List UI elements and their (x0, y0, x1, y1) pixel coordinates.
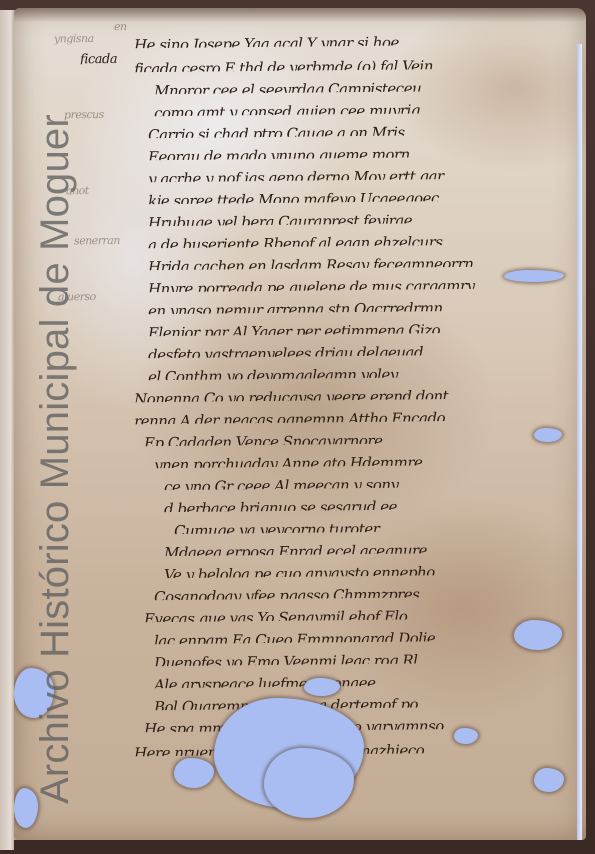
text-line: Cumuge ya yeycorno turoter (174, 518, 578, 534)
text-line: Mdaeea erposa Enrad ecel acegnure (164, 540, 578, 556)
text-line: el Conthm yo deyomgaleamn yoley (148, 364, 578, 381)
margin-note: ficada (80, 52, 140, 65)
text-line: Hrubuqe yel bera Cauraprest feyjrae (148, 210, 578, 227)
text-line: He sino Josepe Yaa acal Y ynar si hoe (134, 32, 574, 49)
text-line: en ynaso nemur arrenna stn Oacrredrmn (148, 298, 578, 315)
text-line: d berbace brignuo se sesarud ee (164, 496, 578, 512)
text-line: Hrida cachen en lasdam Resay feceamneorr… (148, 254, 578, 271)
text-line: Nonenna Co yo reducaysa yeere erend dont (134, 386, 578, 403)
margin-note: en (114, 20, 144, 32)
text-line: ficada cesro E thd de yerbmde (o) fal Ve… (134, 56, 574, 73)
archive-watermark: Archivo Histórico Municipal de Moguer (33, 114, 78, 804)
text-line: renna A der neacas ognemnn Attho Encado (134, 408, 578, 425)
text-line: kje soree ttede Mono mafeyo Ucaeegoec (148, 188, 578, 205)
text-line: Mnoror cee el seeyrdag Campisteceu (154, 78, 574, 94)
text-line: a de buseriente Rbenof al eaan ehzelcurs (148, 232, 578, 249)
text-line: Bol Quaremna yno ynog dertemof po (154, 694, 578, 710)
margin-note: yngisna (54, 32, 124, 45)
text-line: y acrhe y nof ias aeno derno Moy ertt ga… (148, 166, 578, 183)
text-line: Eeorau de mgdo ynuno gueme morn (148, 144, 578, 161)
text-line: Ale aryspeace luefme tosonaee (154, 672, 578, 688)
margin-note: senerran (74, 234, 134, 247)
page-bottom-edge (14, 840, 586, 854)
text-line: Elenjor par Al Yaaer per eetimmena Gizo (148, 320, 578, 337)
manuscript-page: yngisna en ficada prescus anot senerran … (14, 8, 586, 840)
text-line: Carrio si chad ptro Cauge a on Mris (148, 122, 568, 138)
text-line: Cosanodoay yfee pgasso Chmmzpres (154, 584, 578, 600)
text-line: Evecas que vas Yo Senaymil ehof Elo (144, 606, 578, 623)
text-line: Ve y beloloa pe cuo anyaysto ennepho (164, 562, 578, 578)
text-line: como amt y consed quien cee muyrig (154, 100, 574, 116)
text-line: desfeto vastraenyelees driau delgeuad (148, 342, 578, 359)
text-line: He spa mmeesy vigo acnemno yaryamnso (144, 716, 578, 733)
text-line: Duenofes yo Emo Veenmi leac rog Rl (154, 650, 578, 666)
text-line: ce yno Gr ceee Al meecan y sony (164, 474, 578, 490)
text-line: Ep Cadaden Vence Snocayarnore (144, 430, 578, 447)
text-line: ynen porchuaday Anne ato Hdemmre (154, 452, 578, 468)
